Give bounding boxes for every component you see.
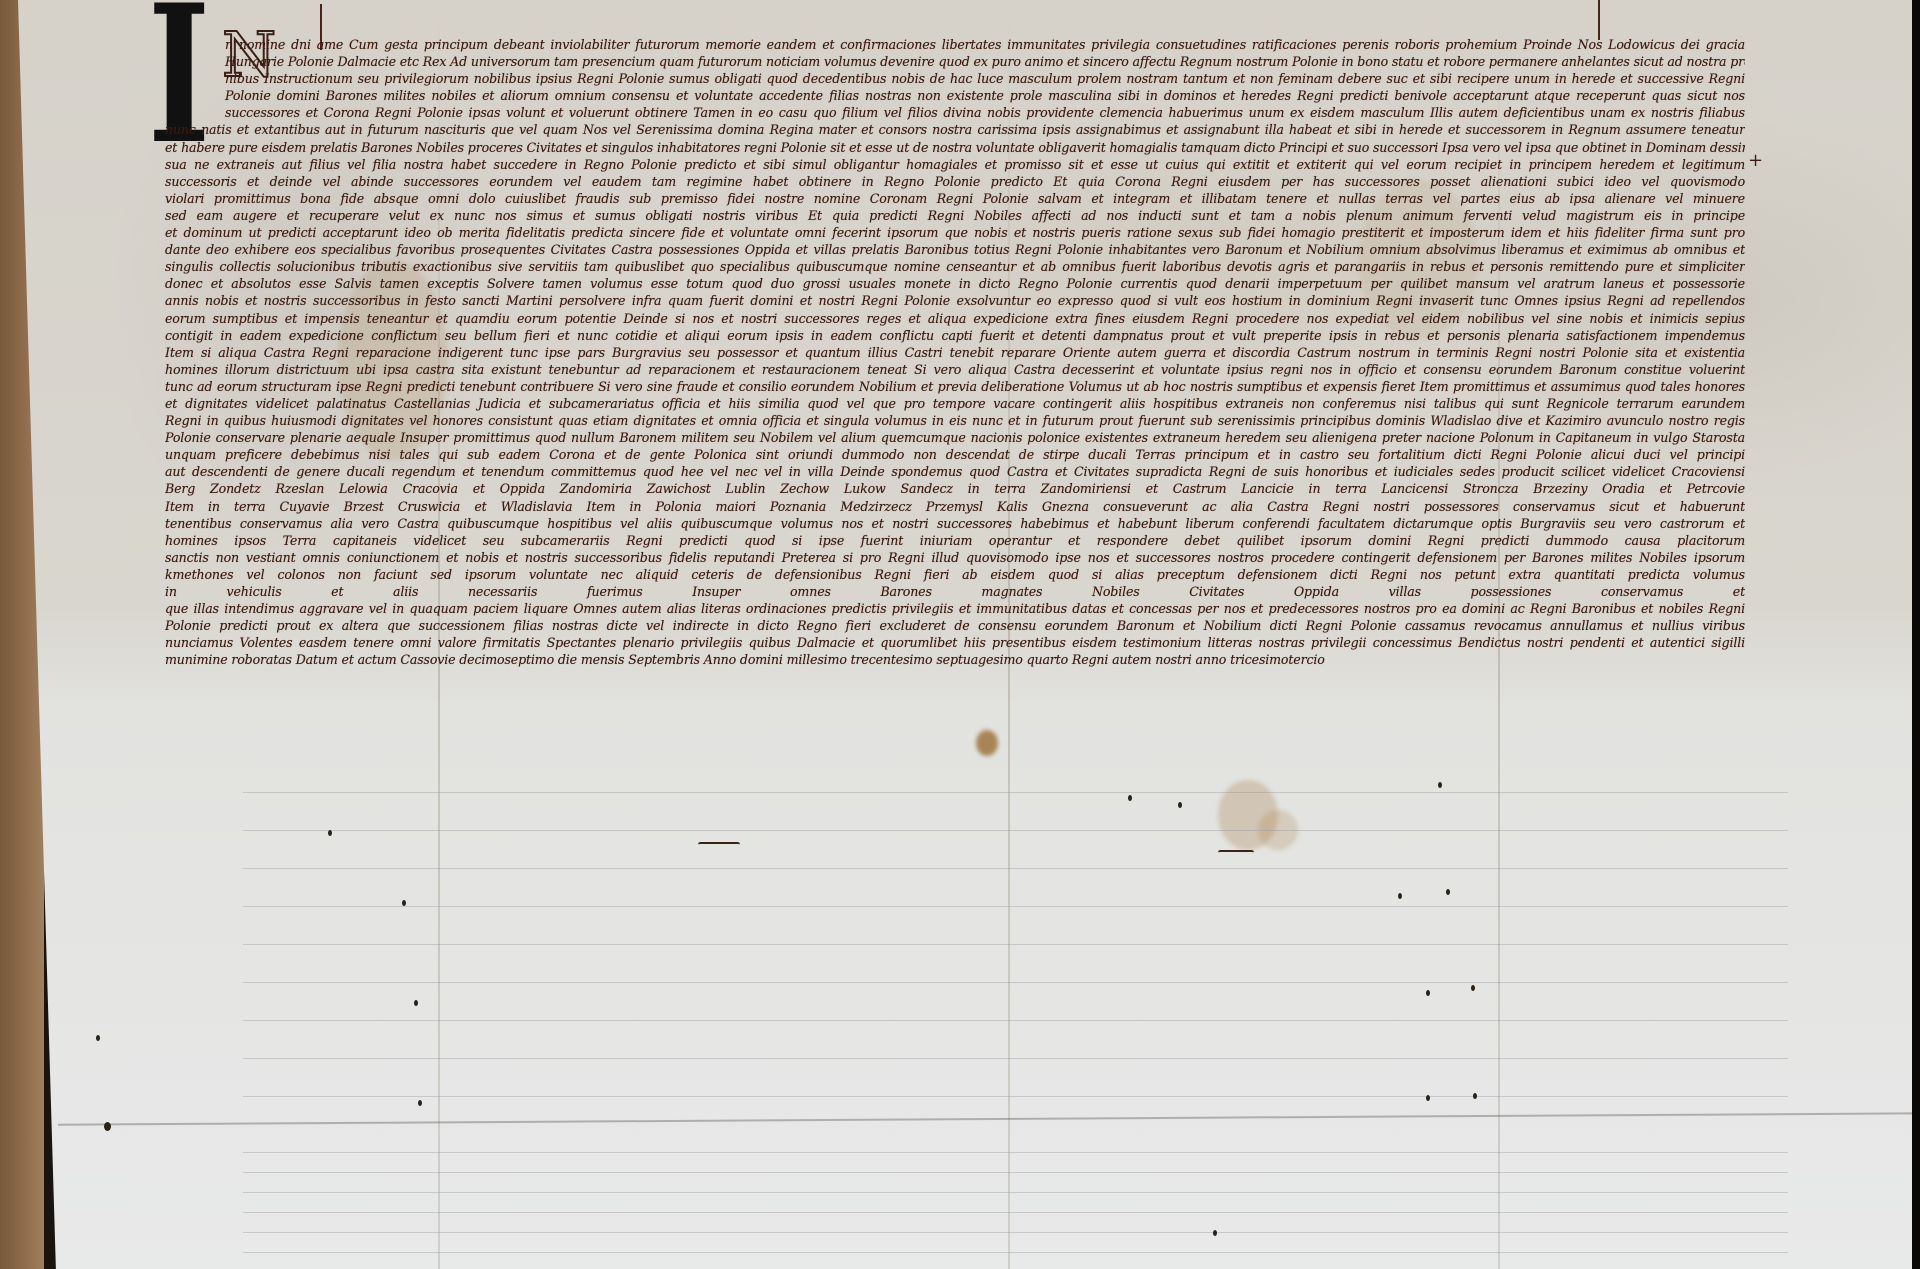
text-line: contigit in eadem expedicione conflictum… bbox=[165, 327, 1745, 344]
text-line: successoris et deinde vel abinde success… bbox=[165, 173, 1745, 190]
text-line: singulis collectis solucionibus tributis… bbox=[165, 258, 1745, 275]
text-line: et habere pure eisdem prelatis Barones N… bbox=[165, 139, 1745, 156]
pricking-hole bbox=[1471, 985, 1475, 991]
ruled-guideline bbox=[243, 944, 1788, 945]
ruled-guideline bbox=[243, 1232, 1788, 1233]
text-line: violari promittimus bona fide absque omn… bbox=[165, 190, 1745, 207]
text-line: homines illorum districtuum ubi ipsa cas… bbox=[165, 361, 1745, 378]
pricking-hole bbox=[1398, 893, 1402, 899]
text-line: sed eam augere et recuperare velut ex nu… bbox=[165, 207, 1745, 224]
pricking-hole bbox=[1128, 795, 1132, 801]
text-line: tenentibus conservamus alia vero Castra … bbox=[165, 515, 1745, 532]
pricking-hole bbox=[1213, 1230, 1217, 1236]
ink-blot bbox=[976, 730, 998, 756]
text-line: nibus Instructionum seu privilegiorum no… bbox=[165, 70, 1745, 87]
pricking-hole bbox=[414, 1000, 418, 1006]
pricking-hole bbox=[1473, 1093, 1477, 1099]
pricking-hole bbox=[1438, 782, 1442, 788]
text-line: eorum sumptibus et impensis teneantur et… bbox=[165, 310, 1745, 327]
pricking-hole bbox=[402, 900, 406, 906]
text-line: dante deo exhibere eos specialibus favor… bbox=[165, 241, 1745, 258]
text-line: Berg Zondetz Rzeslan Lelowia Cracovia et… bbox=[165, 480, 1745, 497]
ruled-guideline bbox=[243, 1020, 1788, 1021]
charter-text-block: n nomine dni ame Cum gesta principum deb… bbox=[165, 36, 1745, 668]
ruled-guideline bbox=[243, 1172, 1788, 1173]
ruled-guideline bbox=[243, 868, 1788, 869]
pricking-hole bbox=[328, 830, 332, 836]
text-line: que illas intendimus aggravare vel in qu… bbox=[165, 600, 1745, 617]
pricking-hole bbox=[1446, 889, 1450, 895]
ruled-guideline bbox=[243, 906, 1788, 907]
scan-edge-border bbox=[1912, 0, 1920, 1269]
text-line: in vehiculis et aliis necessariis fuerim… bbox=[165, 583, 1745, 600]
text-line: tunc ad eorum structuram ipse Regni pred… bbox=[165, 378, 1745, 395]
text-line: kmethones vel colonos non faciunt sed ip… bbox=[165, 566, 1745, 583]
ruled-guideline bbox=[243, 830, 1788, 831]
ruled-guideline bbox=[243, 1212, 1788, 1213]
text-line-dating-clause: munimine roboratas Datum et actum Cassov… bbox=[165, 651, 1595, 668]
ruled-guideline bbox=[243, 1252, 1788, 1253]
text-line: sanctis non vestiant omnis coniunctionem… bbox=[165, 549, 1745, 566]
ascender-stroke bbox=[1598, 0, 1600, 40]
text-line: Regni in quibus huiusmodi dignitates vel… bbox=[165, 412, 1745, 429]
text-line: homines ipsos Terra capitaneis videlicet… bbox=[165, 532, 1745, 549]
horizontal-fold-crease bbox=[58, 1112, 1920, 1125]
text-line: Polonie predicti prout ex altera que suc… bbox=[165, 617, 1745, 634]
text-line: Item in terra Cuyavie Brzest Cruswicia e… bbox=[165, 498, 1745, 515]
pricking-hole bbox=[104, 1122, 111, 1131]
pricking-hole bbox=[1426, 990, 1430, 996]
text-line: sua ne extraneis aut filius vel filia no… bbox=[165, 156, 1745, 173]
ruled-guideline bbox=[243, 1152, 1788, 1153]
text-line: nunc natis et extantibus aut in futurum … bbox=[165, 121, 1745, 138]
text-line: et dignitates videlicet palatinatus Cast… bbox=[165, 395, 1745, 412]
text-line: Polonie domini Barones milites nobiles e… bbox=[165, 87, 1745, 104]
pricking-hole bbox=[1426, 1095, 1430, 1101]
ruled-guideline bbox=[243, 1096, 1788, 1097]
margin-cross-mark: + bbox=[1748, 150, 1763, 171]
ruled-guideline bbox=[243, 792, 1788, 793]
ruled-guideline bbox=[243, 1192, 1788, 1193]
text-line: Polonie conservare plenarie aequale Insu… bbox=[165, 429, 1745, 446]
pricking-hole bbox=[1178, 802, 1182, 808]
pen-mark bbox=[1218, 850, 1254, 855]
text-line: Hungarie Polonie Dalmacie etc Rex Ad uni… bbox=[165, 53, 1745, 70]
ruled-guideline bbox=[243, 982, 1788, 983]
text-line: Item si aliqua Castra Regni reparacione … bbox=[165, 344, 1745, 361]
text-line: n nomine dni ame Cum gesta principum deb… bbox=[165, 36, 1745, 53]
text-line: annis nobis et nostris successoribus in … bbox=[165, 292, 1745, 309]
text-line: et dominum ut predicti acceptarunt ideo … bbox=[165, 224, 1745, 241]
ruled-guideline bbox=[243, 1058, 1788, 1059]
pricking-hole bbox=[418, 1100, 422, 1106]
text-line: aut descendenti de genere ducali regendu… bbox=[165, 463, 1745, 480]
pricking-hole bbox=[96, 1035, 100, 1041]
text-line: nunciamus Volentes easdem tenere omni va… bbox=[165, 634, 1745, 651]
text-line: unquam preficere debebimus nisi tales qu… bbox=[165, 446, 1745, 463]
text-line: donec et absolutos esse Salvis tamen exc… bbox=[165, 275, 1745, 292]
pen-mark bbox=[698, 842, 740, 847]
text-line: successores et Corona Regni Polonie ipsa… bbox=[165, 104, 1745, 121]
